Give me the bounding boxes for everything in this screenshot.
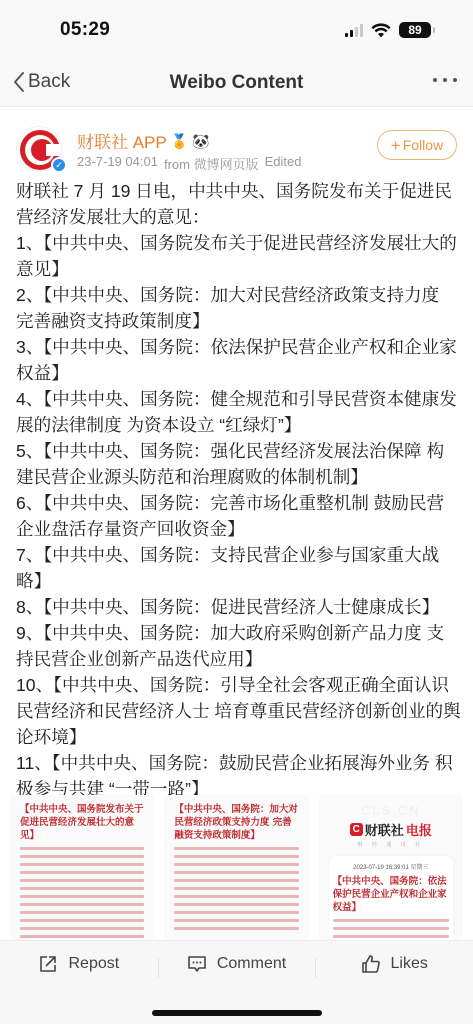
image-thumbnail-2[interactable]: 【中共中央、国务院：加大对民营经济政策支持力度 完善融资支持政策制度】: [164, 795, 308, 940]
follow-label: Follow: [403, 137, 443, 153]
cellular-signal-icon: [345, 24, 363, 37]
user-name-row: 财联社 APP 🏅 🐼: [77, 128, 210, 153]
plus-icon: +: [391, 137, 401, 154]
logo-text: 财联社: [365, 820, 404, 839]
likes-button[interactable]: Likes: [315, 954, 473, 974]
nav-bar: Back Weibo Content: [0, 62, 473, 107]
more-dot-icon: [453, 78, 457, 82]
image-gallery: 【中共中央、国务院发布关于促进民营经济发展壮大的意见】 【中共中央、国务院：加大…: [10, 795, 463, 940]
panda-badge-icon: 🐼: [192, 133, 209, 149]
post-item: 5、【中共中央、国务院：强化民营经济发展法治保障 构建民营企业源头防范和治理腐败…: [16, 438, 461, 490]
follow-button[interactable]: + Follow: [377, 130, 457, 160]
comment-label: Comment: [217, 955, 286, 973]
edited-label: Edited: [265, 154, 302, 173]
post-header: ✓ 财联社 APP 🏅 🐼 23-7-19 04:01 from 微博网页版 E…: [0, 120, 473, 180]
thumbnail-title: 【中共中央、国务院发布关于促进民营经济发展壮大的意见】: [20, 803, 144, 842]
page-title: Weibo Content: [0, 72, 473, 94]
battery-icon: 89: [399, 22, 431, 38]
status-time: 05:29: [60, 19, 110, 41]
action-bar: Repost Comment Likes: [0, 940, 473, 1024]
wifi-icon: [371, 23, 391, 38]
post-item: 1、【中共中央、国务院发布关于促进民营经济发展壮大的意见】: [16, 230, 461, 282]
more-dot-icon: [443, 78, 447, 82]
verified-badge-icon: ✓: [51, 157, 67, 173]
post-item: 8、【中共中央、国务院：促进民营经济人士健康成长】: [16, 594, 461, 620]
chevron-left-icon: [12, 70, 26, 94]
thumbs-up-icon: [361, 954, 381, 974]
comment-icon: [187, 954, 207, 974]
repost-label: Repost: [68, 955, 119, 973]
comment-button[interactable]: Comment: [158, 954, 316, 974]
back-label: Back: [28, 71, 70, 93]
thumbnail-text-lines: [333, 919, 449, 940]
thumbnail-card: 2023-07-19 16:39:01 星期三 【中共中央、国务院：依法保护民营…: [329, 856, 453, 940]
more-dot-icon: [433, 78, 437, 82]
post-timestamp: 23-7-19 04:01: [77, 154, 158, 173]
thumbnail-date: 2023-07-19 16:39:01 星期三: [333, 862, 449, 871]
image-thumbnail-3[interactable]: CLS.CN C 财联社 电报 财 经 通 讯 社 2023-07-19 16:…: [319, 795, 463, 940]
repost-button[interactable]: Repost: [0, 954, 158, 974]
medal-badge-icon: 🏅: [171, 133, 188, 149]
cls-c-icon: C: [350, 823, 363, 836]
cls-telegraph-logo: C 财联社 电报: [329, 820, 453, 839]
post-body: 财联社 7 月 19 日电，中共中央、国务院发布关于促进民营经济发展壮大的意见：…: [16, 178, 461, 802]
thumbnail-title: 【中共中央、国务院：依法保护民营企业产权和企业家权益】: [333, 875, 449, 914]
post-item: 10、【中共中央、国务院：引导全社会客观正确全面认识民营经济和民营经济人士 培育…: [16, 672, 461, 750]
avatar[interactable]: ✓: [16, 126, 62, 172]
thumbnail-text-lines: [20, 847, 144, 938]
thumbnail-header: CLS.CN C 财联社 电报 财 经 通 讯 社: [329, 803, 453, 848]
likes-label: Likes: [391, 955, 428, 973]
back-button[interactable]: Back: [12, 70, 70, 94]
repost-icon: [38, 954, 58, 974]
post-item: 9、【中共中央、国务院：加大政府采购创新产品力度 支持民营企业创新产品迭代应用】: [16, 620, 461, 672]
post-item: 7、【中共中央、国务院：支持民营企业参与国家重大战略】: [16, 542, 461, 594]
thumbnail-text-lines: [174, 847, 298, 930]
post-source: from 微博网页版: [164, 154, 259, 173]
post-meta: 23-7-19 04:01 from 微博网页版 Edited: [77, 154, 301, 173]
post-item: 4、【中共中央、国务院：健全规范和引导民营资本健康发展的法律制度 为资本设立 “…: [16, 386, 461, 438]
more-options-button[interactable]: [433, 78, 457, 82]
post-intro: 财联社 7 月 19 日电，中共中央、国务院发布关于促进民营经济发展壮大的意见：: [16, 178, 461, 230]
post-item: 3、【中共中央、国务院：依法保护民营企业产权和企业家权益】: [16, 334, 461, 386]
logo-text-red: 电报: [406, 820, 432, 839]
author-name[interactable]: 财联社 APP: [77, 128, 167, 153]
logo-subtitle: 财 经 通 讯 社: [329, 841, 453, 848]
home-indicator[interactable]: [152, 1010, 322, 1016]
status-icons: 89: [345, 22, 431, 38]
post-item: 2、【中共中央、国务院：加大对民营经济政策支持力度 完善融资支持政策制度】: [16, 282, 461, 334]
status-bar: 05:29 89: [0, 0, 473, 62]
image-thumbnail-1[interactable]: 【中共中央、国务院发布关于促进民营经济发展壮大的意见】: [10, 795, 154, 940]
thumbnail-title: 【中共中央、国务院：加大对民营经济政策支持力度 完善融资支持政策制度】: [174, 803, 298, 842]
post-item: 6、【中共中央、国务院：完善市场化重整机制 鼓励民营企业盘活存量资产回收资金】: [16, 490, 461, 542]
watermark-text: CLS.CN: [329, 803, 453, 818]
